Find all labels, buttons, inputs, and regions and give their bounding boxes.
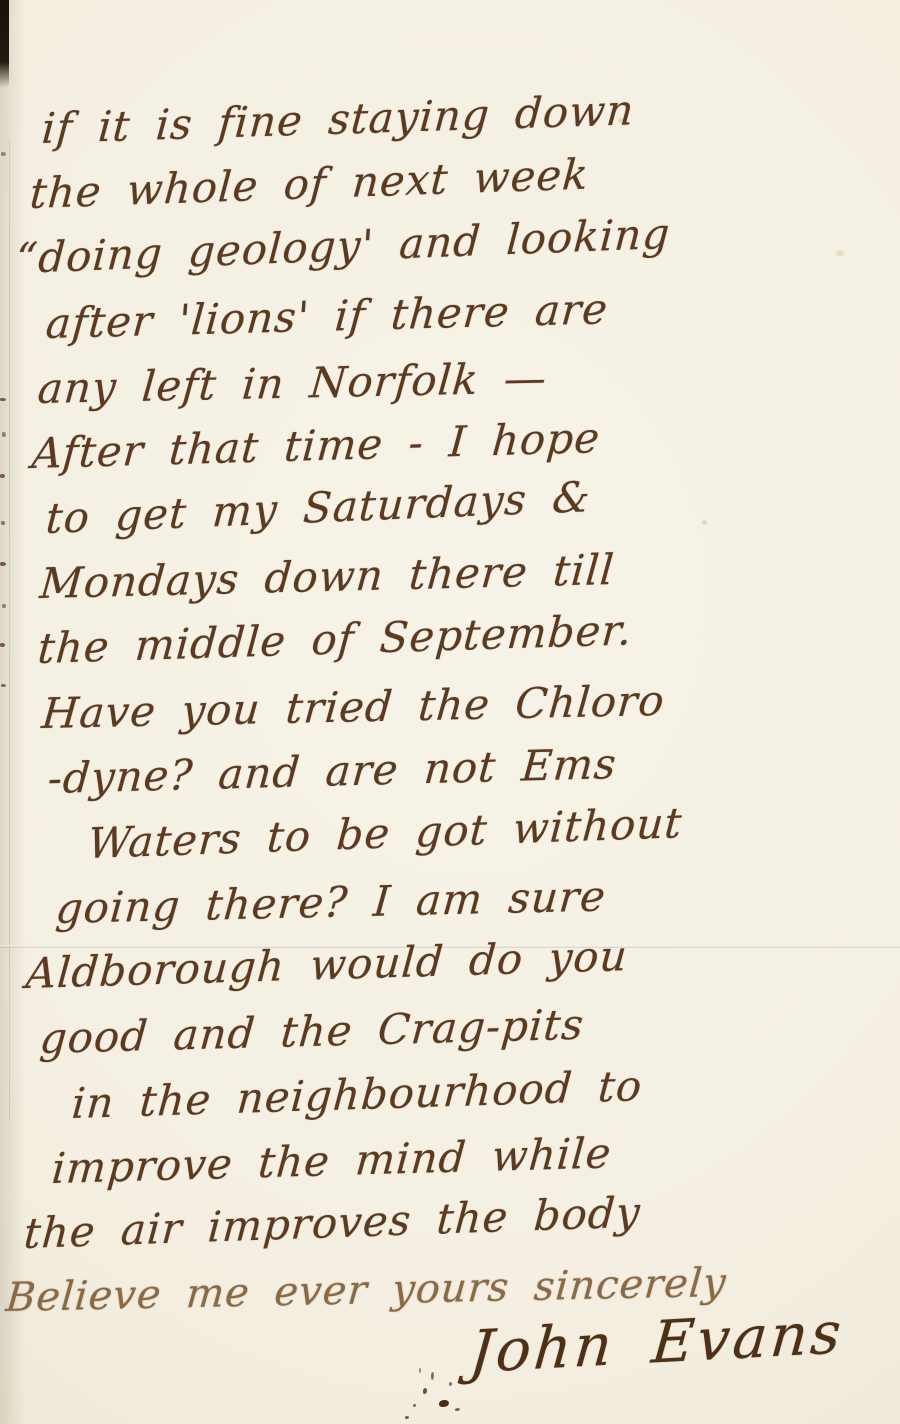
ink-splatter <box>405 1360 495 1424</box>
letter-page: if it is fine staying downthe whole of n… <box>0 0 900 1424</box>
scan-edge-artifact <box>0 0 9 88</box>
letter-body: if it is fine staying downthe whole of n… <box>0 96 900 1331</box>
